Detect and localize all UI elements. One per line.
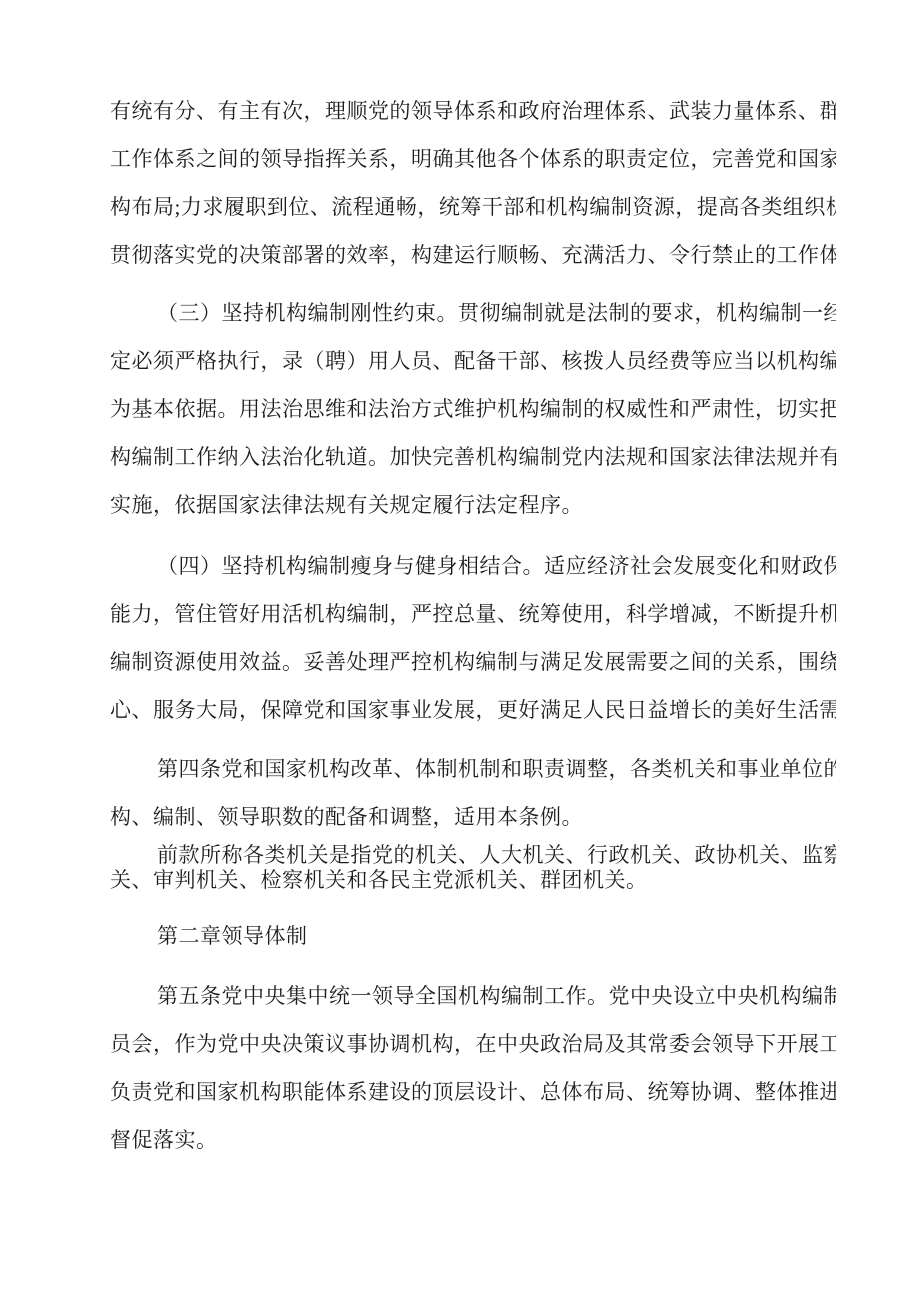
text-line: 前款所称各类机关是指党的机关、人大机关、行政机关、政协机关、监察机 [110, 843, 836, 868]
text-line: 构编制工作纳入法治化轨道。加快完善机构编制党内法规和国家法律法规并有效 [110, 433, 836, 481]
paragraph-continuation: 有统有分、有主有次，理顺党的领导体系和政府治理体系、武装力量体系、群团 工作体系… [110, 87, 836, 279]
text-line: 负责党和国家机构职能体系建设的顶层设计、总体布局、统筹协调、整体推进、 [110, 1068, 836, 1116]
paragraph-item-three: （三）坚持机构编制刚性约束。贯彻编制就是法制的要求，机构编制一经确 定必须严格执… [110, 289, 836, 529]
paragraph-preceding-clause: 前款所称各类机关是指党的机关、人大机关、行政机关、政协机关、监察机 关、审判机关… [110, 843, 836, 893]
paragraph-article-five: 第五条党中央集中统一领导全国机构编制工作。党中央设立中央机构编制委 员会，作为党… [110, 972, 836, 1164]
text-line: 贯彻落实党的决策部署的效率，构建运行顺畅、充满活力、令行禁止的工作体系。 [110, 231, 836, 279]
text-line: 定必须严格执行，录（聘）用人员、配备干部、核拨人员经费等应当以机构编制 [110, 337, 836, 385]
text-line: 员会，作为党中央决策议事协调机构，在中央政治局及其常委会领导下开展工作， [110, 1020, 836, 1068]
paragraph-item-four: （四）坚持机构编制瘦身与健身相结合。适应经济社会发展变化和财政保障 能力，管住管… [110, 542, 836, 734]
text-line: 编制资源使用效益。妥善处理严控机构编制与满足发展需要之间的关系，围绕中 [110, 638, 836, 686]
text-line: 工作体系之间的领导指挥关系，明确其他各个体系的职责定位，完善党和国家机 [110, 135, 836, 183]
chapter-heading: 第二章领导体制 [110, 912, 836, 960]
text-line: 关、审判机关、检察机关和各民主党派机关、群团机关。 [110, 868, 836, 893]
text-line: （四）坚持机构编制瘦身与健身相结合。适应经济社会发展变化和财政保障 [110, 542, 836, 590]
text-line: （三）坚持机构编制刚性约束。贯彻编制就是法制的要求，机构编制一经确 [110, 289, 836, 337]
text-line: 心、服务大局，保障党和国家事业发展，更好满足人民日益增长的美好生活需要。 [110, 686, 836, 734]
text-line: 第四条党和国家机构改革、体制机制和职责调整，各类机关和事业单位的机 [110, 745, 836, 793]
text-line: 实施，依据国家法律法规有关规定履行法定程序。 [110, 481, 836, 529]
paragraph-article-four: 第四条党和国家机构改革、体制机制和职责调整，各类机关和事业单位的机 构、编制、领… [110, 745, 836, 841]
chapter-heading-text: 第二章领导体制 [110, 912, 836, 960]
text-line: 构、编制、领导职数的配备和调整，适用本条例。 [110, 793, 836, 841]
text-line: 第五条党中央集中统一领导全国机构编制工作。党中央设立中央机构编制委 [110, 972, 836, 1020]
text-line: 为基本依据。用法治思维和法治方式维护机构编制的权威性和严肃性，切实把机 [110, 385, 836, 433]
text-line: 督促落实。 [110, 1116, 836, 1164]
text-line: 有统有分、有主有次，理顺党的领导体系和政府治理体系、武装力量体系、群团 [110, 87, 836, 135]
document-page: 有统有分、有主有次，理顺党的领导体系和政府治理体系、武装力量体系、群团 工作体系… [0, 0, 920, 1301]
text-line: 能力，管住管好用活机构编制，严控总量、统筹使用，科学增减，不断提升机构 [110, 590, 836, 638]
text-line: 构布局;力求履职到位、流程通畅，统筹干部和机构编制资源，提高各类组织机构 [110, 183, 836, 231]
